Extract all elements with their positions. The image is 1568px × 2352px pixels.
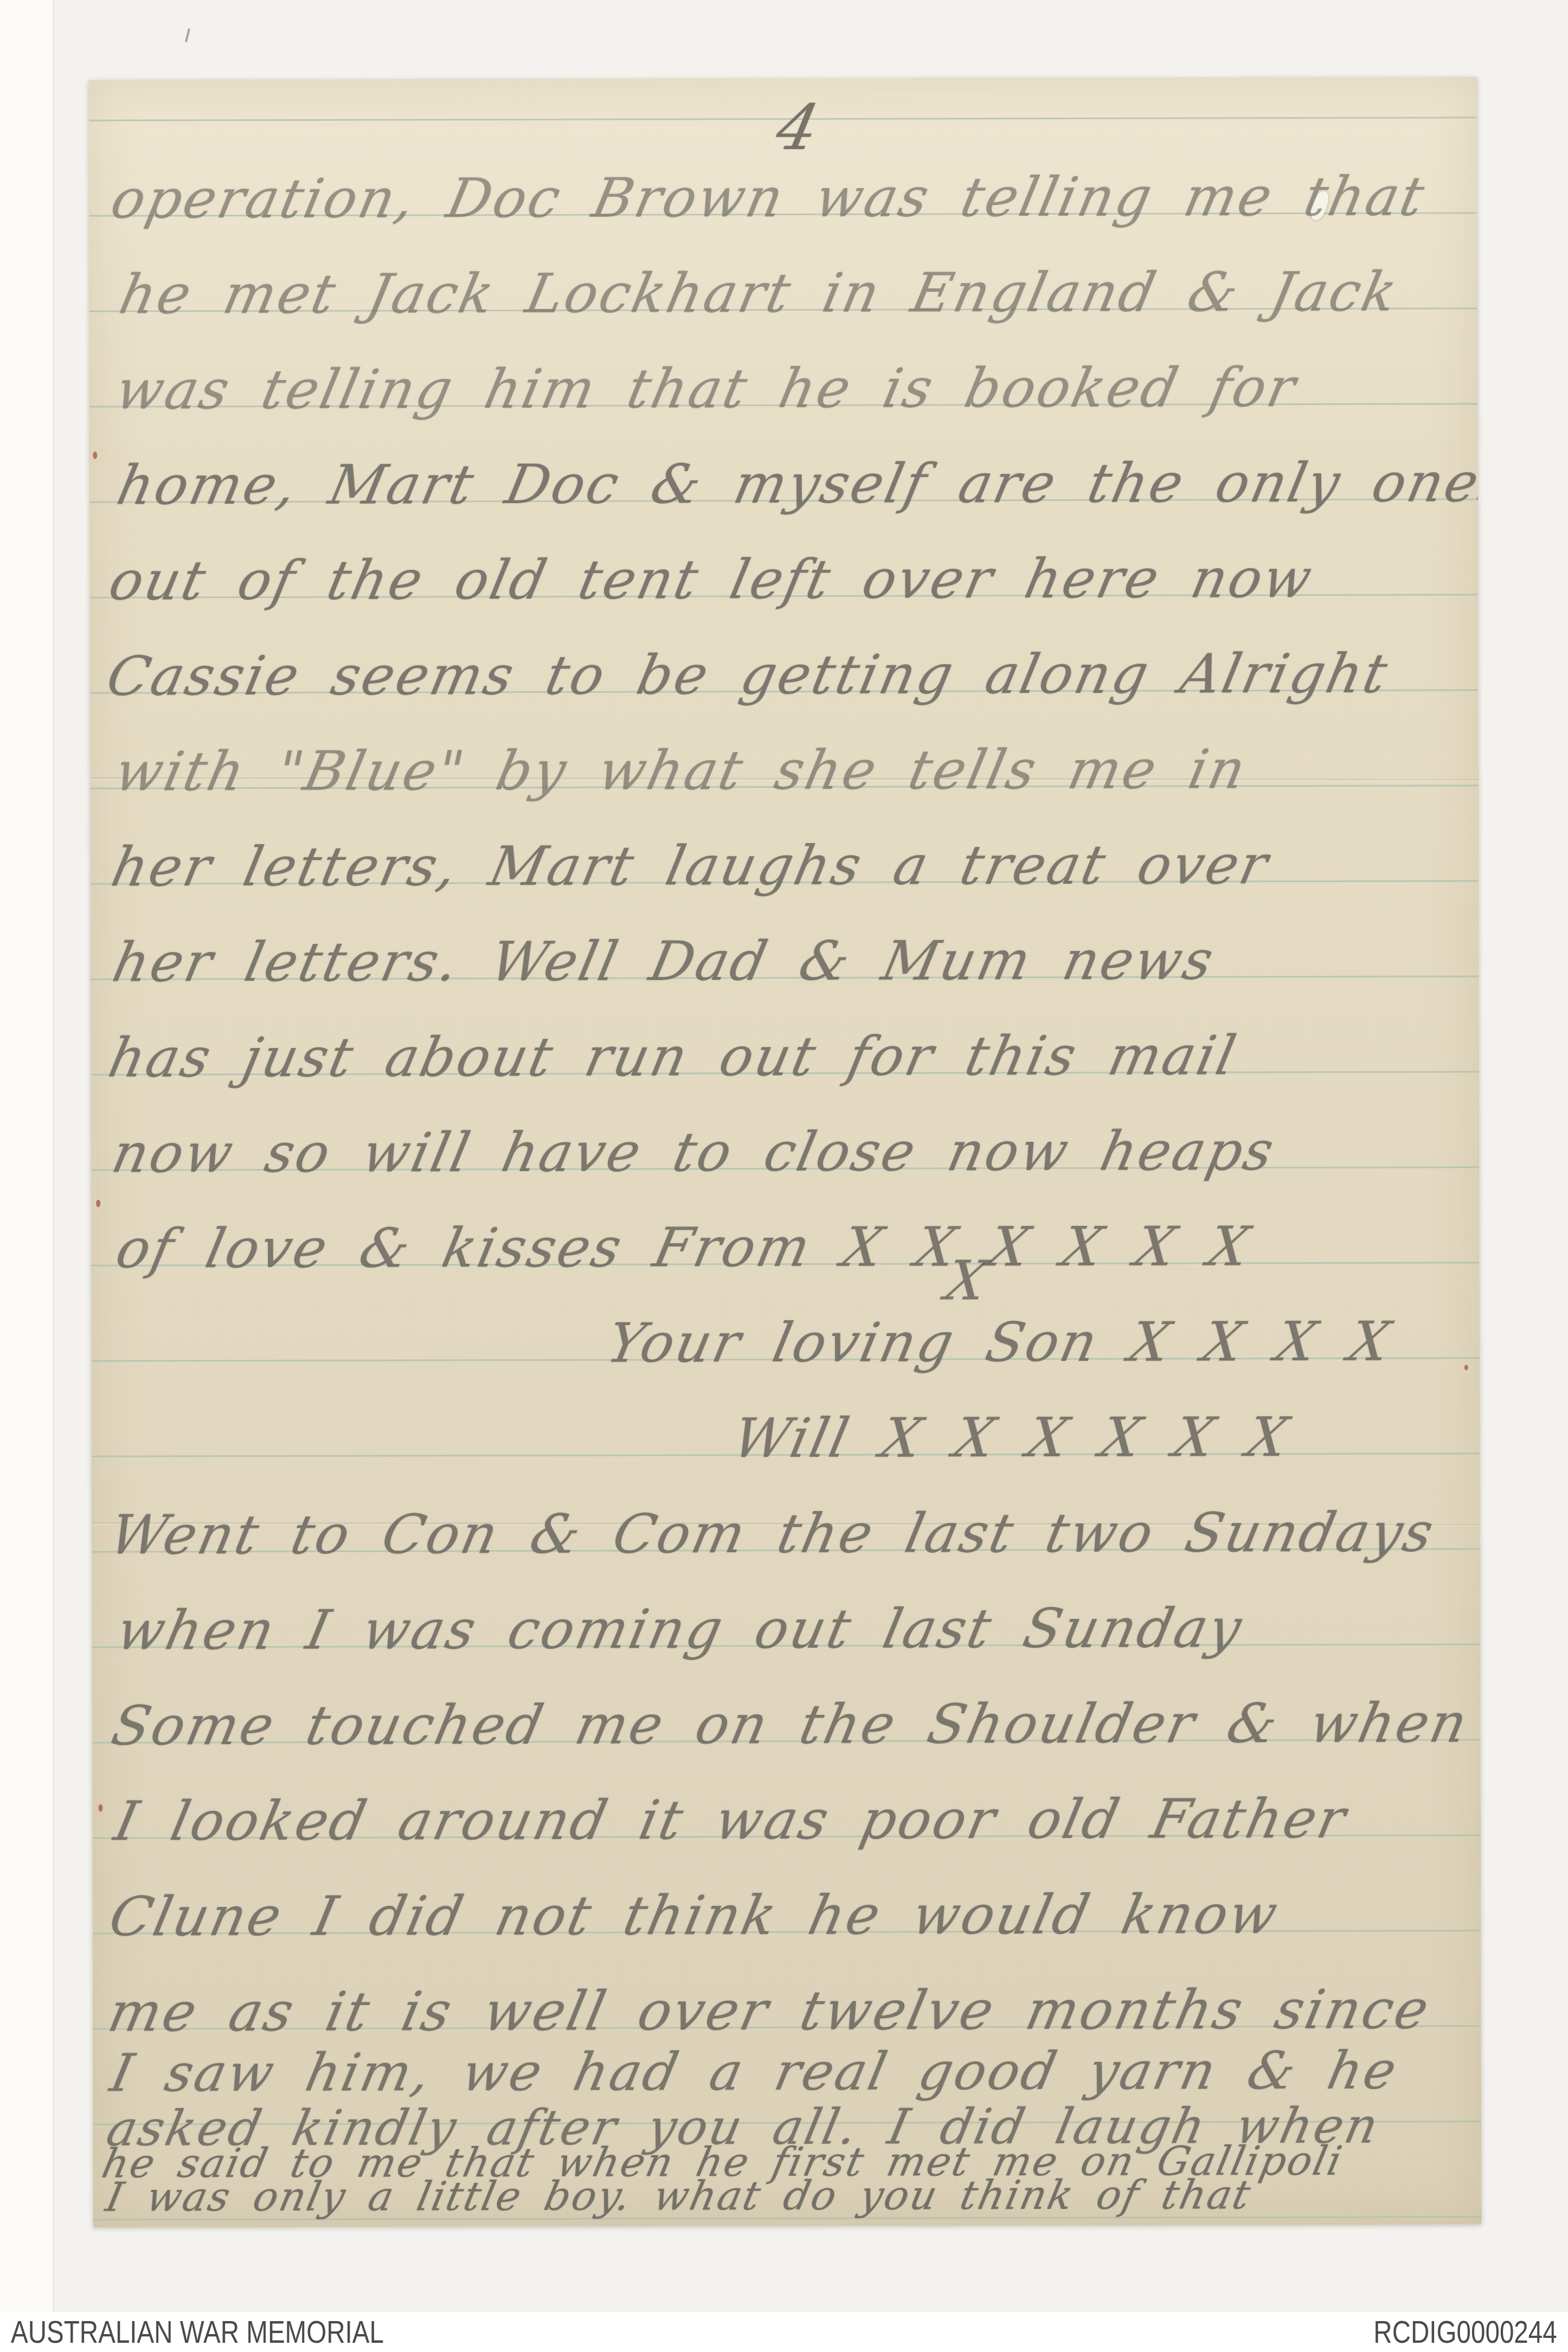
signature-name: Will X X X X X X bbox=[727, 1403, 1296, 1472]
archive-name: AUSTRALIAN WAR MEMORIAL bbox=[11, 2314, 384, 2350]
handwritten-line: with "Blue" by what she tells me in bbox=[110, 735, 1254, 805]
handwritten-line: I saw him, we had a real good yarn & he bbox=[105, 2038, 1404, 2106]
scan-speck bbox=[1464, 1365, 1468, 1370]
scan-speck bbox=[93, 452, 97, 459]
scanned-letter-image: 4 operation, Doc Brown was telling me th… bbox=[0, 0, 1568, 2352]
scan-hair-artifact bbox=[185, 28, 190, 42]
handwritten-line: I was only a little boy. what do you thi… bbox=[101, 2170, 1256, 2222]
handwritten-line: Some touched me on the Shoulder & when bbox=[106, 1689, 1475, 1759]
scan-speck bbox=[96, 1200, 100, 1207]
scanner-margin-strip bbox=[0, 0, 54, 2312]
handwritten-line: Clune I did not think he would know bbox=[104, 1880, 1286, 1951]
handwritten-line: when I was coming out last Sunday bbox=[111, 1594, 1249, 1664]
item-id: RCDIG0000244 bbox=[1374, 2314, 1557, 2350]
handwritten-line: of love & kisses From X X X X X X bbox=[111, 1212, 1257, 1282]
handwritten-line: me as it is well over twelve months sinc… bbox=[102, 1975, 1436, 2046]
handwritten-line: out of the old tent left over here now bbox=[104, 544, 1320, 615]
handwritten-line: Went to Con & Com the last two Sundays bbox=[104, 1498, 1442, 1569]
handwritten-line: was telling him that he is booked for bbox=[110, 354, 1303, 424]
handwritten-line: I looked around it was poor old Father bbox=[109, 1785, 1354, 1855]
handwritten-line: now so will have to close now heaps bbox=[106, 1117, 1282, 1187]
handwritten-line: operation, Doc Brown was telling me that bbox=[105, 162, 1432, 233]
handwritten-line: home, Mart Doc & myself are the only one… bbox=[112, 448, 1482, 519]
letter-page: 4 operation, Doc Brown was telling me th… bbox=[89, 77, 1481, 2227]
scan-speck bbox=[99, 1804, 103, 1812]
handwritten-line: Cassie seems to be getting along Alright bbox=[101, 640, 1395, 710]
handwritten-line: her letters. Well Dad & Mum news bbox=[107, 926, 1221, 996]
footer-bar: AUSTRALIAN WAR MEMORIAL RCDIG0000244 bbox=[0, 2312, 1568, 2352]
handwritten-line: he met Jack Lockhart in England & Jack bbox=[114, 258, 1405, 329]
handwritten-line: her letters, Mart laughs a treat over bbox=[106, 831, 1276, 901]
handwritten-line: has just about run out for this mail bbox=[103, 1021, 1244, 1091]
signature-line: Your loving Son X X X X bbox=[601, 1308, 1398, 1377]
